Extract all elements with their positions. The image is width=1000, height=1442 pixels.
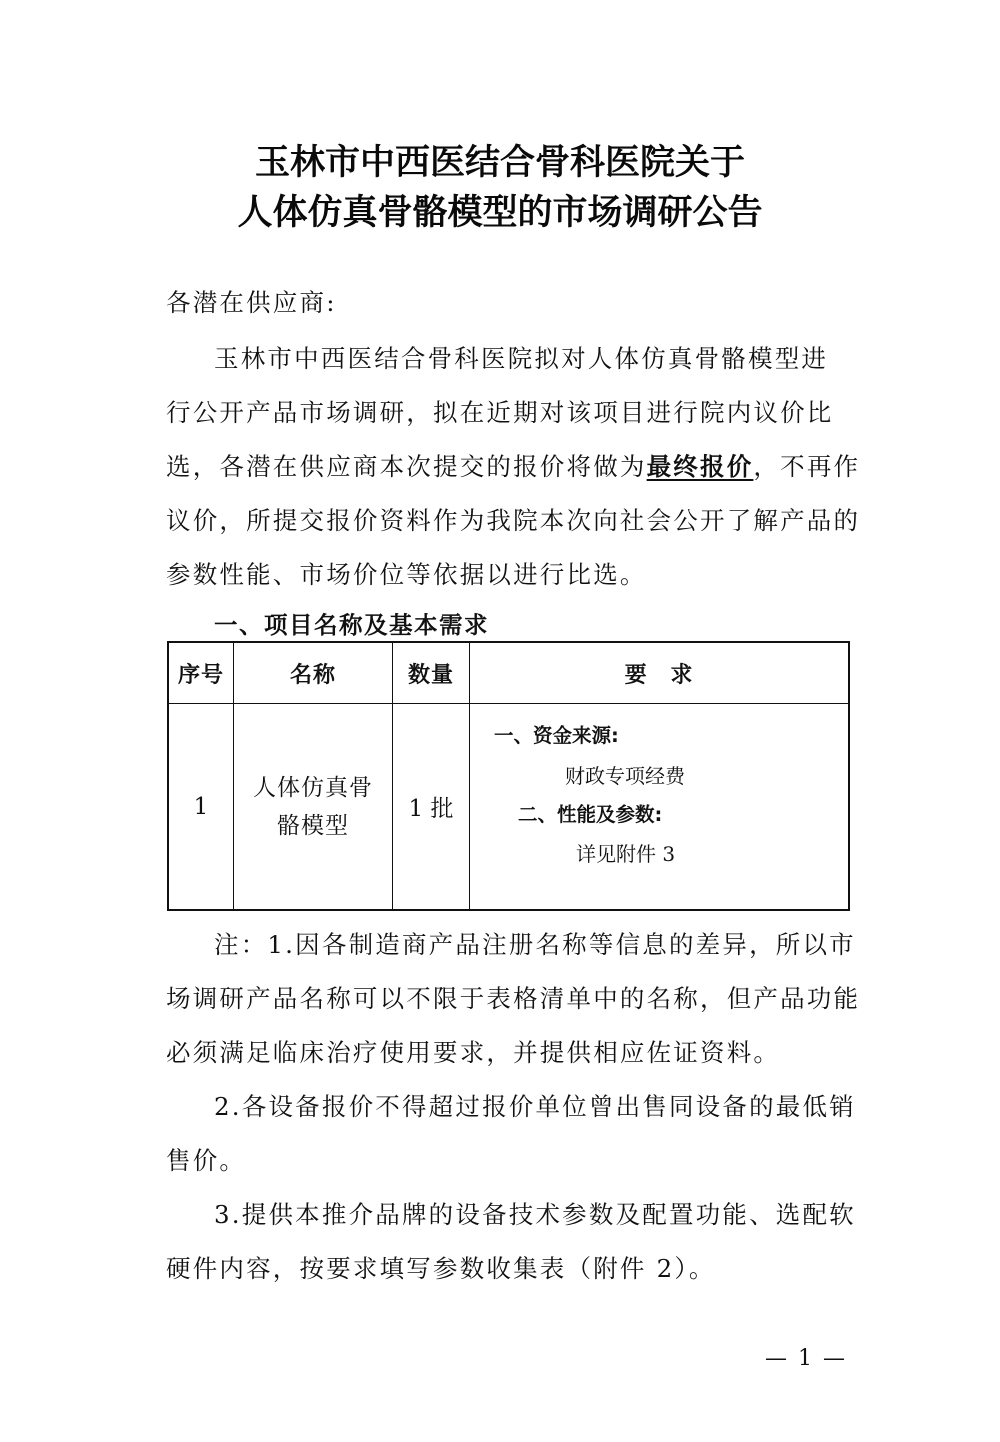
intro-line-3-after: ，不再作 bbox=[753, 452, 860, 481]
header-requirements: 要 求 bbox=[470, 642, 850, 704]
specs-value: 详见附件 3 bbox=[576, 838, 675, 867]
intro-line-2: 行公开产品市场调研，拟在近期对该项目进行院内议价比 bbox=[166, 394, 834, 429]
section-1-heading: 一、项目名称及基本需求 bbox=[214, 606, 489, 640]
intro-line-4: 议价，所提交报价资料作为我院本次向社会公开了解产品的 bbox=[166, 502, 860, 537]
cell-serial-number: 1 bbox=[168, 704, 234, 911]
funding-source-value: 财政专项经费 bbox=[565, 760, 685, 789]
intro-line-3-before: 选，各潜在供应商本次提交的报价将做为 bbox=[166, 452, 647, 481]
salutation: 各潜在供应商: bbox=[166, 284, 337, 319]
intro-line-3: 选，各潜在供应商本次提交的报价将做为最终报价，不再作 bbox=[166, 448, 860, 483]
funding-source-heading: 一、资金来源: bbox=[494, 720, 619, 748]
page-number: — 1 — bbox=[765, 1346, 847, 1371]
cell-name-line-2: 骼模型 bbox=[234, 807, 392, 845]
note-1-line-3: 必须满足临床治疗使用要求，并提供相应佐证资料。 bbox=[166, 1034, 780, 1069]
header-name: 名称 bbox=[234, 642, 393, 704]
note-1-line-2: 场调研产品名称可以不限于表格清单中的名称，但产品功能 bbox=[166, 980, 860, 1015]
cell-name-line-1: 人体仿真骨 bbox=[234, 769, 392, 807]
note-2-line-1: 2.各设备报价不得超过报价单位曾出售同设备的最低销 bbox=[214, 1088, 856, 1123]
intro-line-5: 参数性能、市场价位等依据以进行比选。 bbox=[166, 556, 647, 591]
cell-requirements: 一、资金来源: 财政专项经费 二、性能及参数: 详见附件 3 bbox=[470, 704, 850, 911]
cell-quantity: 1 批 bbox=[393, 704, 470, 911]
header-serial-number: 序号 bbox=[168, 642, 234, 704]
note-1-line-1: 注：1.因各制造商产品注册名称等信息的差异，所以市 bbox=[214, 926, 856, 961]
note-3-line-2: 硬件内容，按要求填写参数收集表（附件 2）。 bbox=[166, 1250, 716, 1285]
table-row: 1 人体仿真骨 骼模型 1 批 一、资金来源: 财政专项经费 二、性能及参数: … bbox=[168, 704, 849, 911]
requirements-table: 序号 名称 数量 要 求 1 人体仿真骨 骼模型 1 批 一、资金来源: 财政专… bbox=[167, 641, 850, 911]
note-3-line-1: 3.提供本推介品牌的设备技术参数及配置功能、选配软 bbox=[214, 1196, 856, 1231]
specs-heading: 二、性能及参数: bbox=[518, 799, 662, 827]
table-header-row: 序号 名称 数量 要 求 bbox=[168, 642, 849, 704]
cell-name: 人体仿真骨 骼模型 bbox=[234, 704, 393, 911]
final-quote-emphasis: 最终报价 bbox=[647, 452, 754, 481]
document-title-line-1: 玉林市中西医结合骨科医院关于 bbox=[0, 140, 1000, 186]
intro-line-1: 玉林市中西医结合骨科医院拟对人体仿真骨骼模型进 bbox=[214, 340, 828, 375]
header-quantity: 数量 bbox=[393, 642, 470, 704]
document-title-line-2: 人体仿真骨骼模型的市场调研公告 bbox=[0, 190, 1000, 236]
note-2-line-2: 售价。 bbox=[166, 1142, 246, 1177]
